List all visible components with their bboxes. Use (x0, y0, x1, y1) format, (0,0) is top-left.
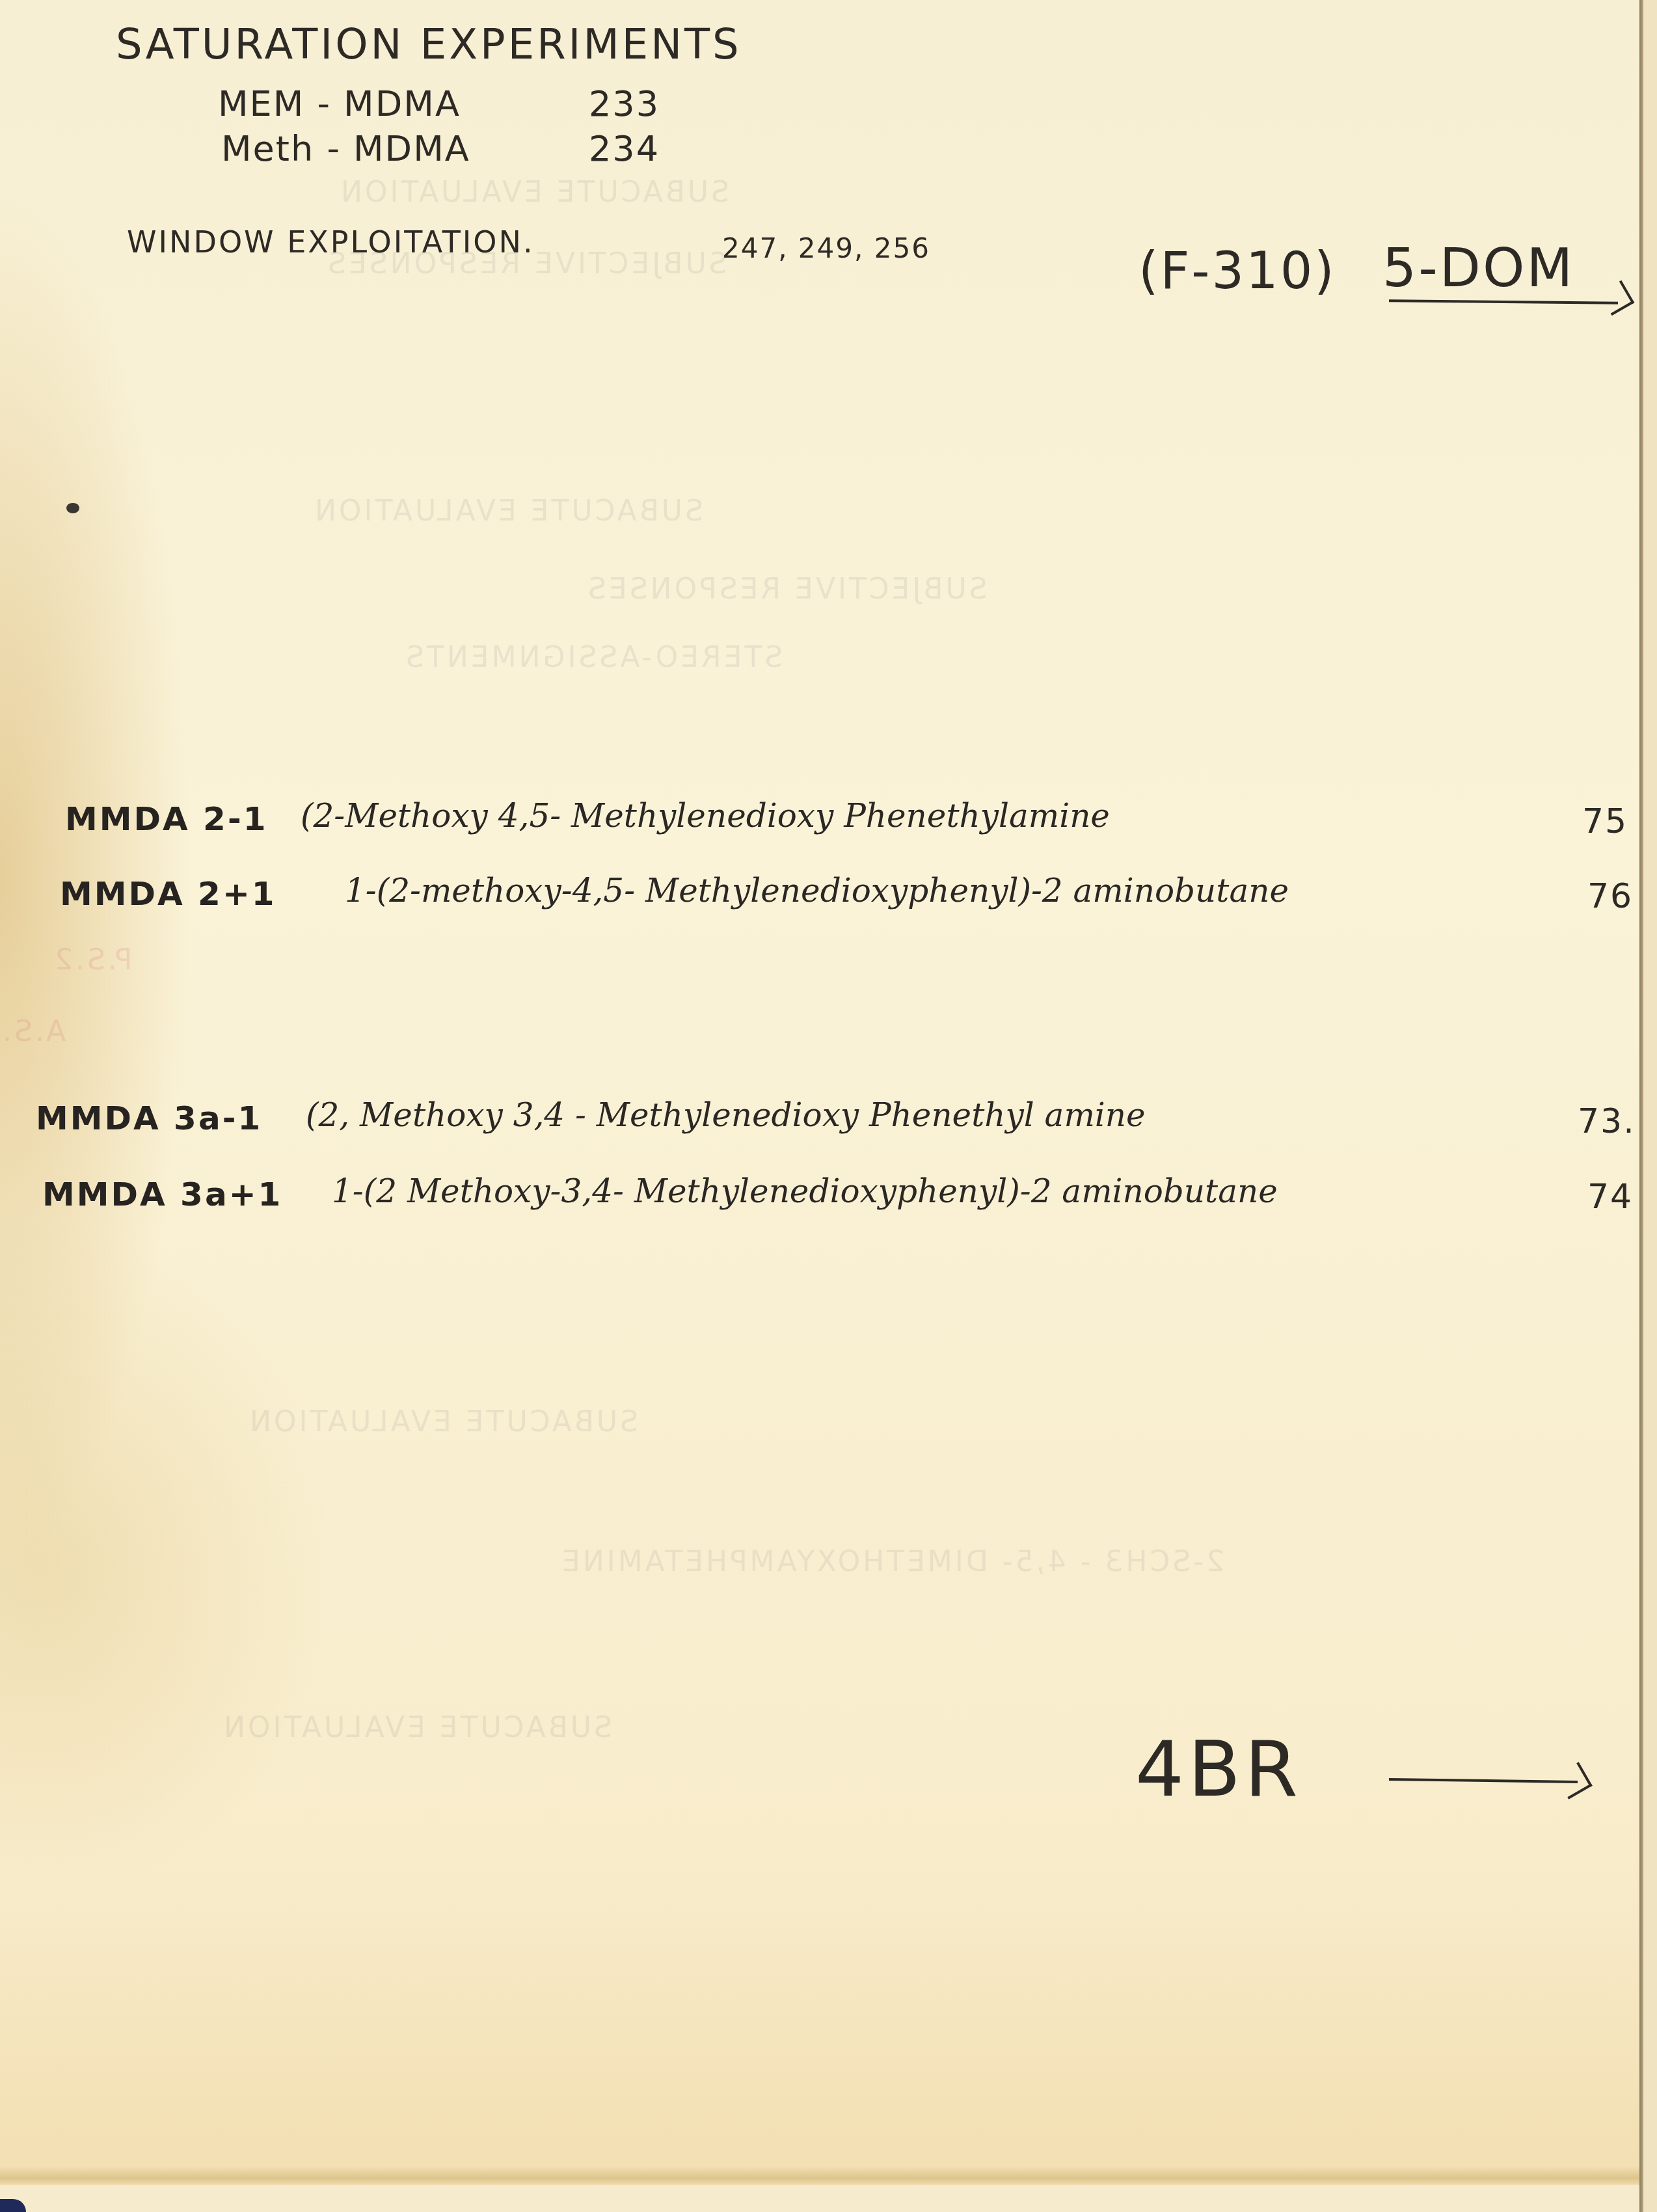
compound-code: MMDA 3a-1 (36, 1099, 262, 1137)
arrow-shaft (1389, 1778, 1578, 1783)
reference-compound: 5-DOM (1382, 237, 1574, 299)
compound-code: MMDA 2-1 (65, 800, 267, 838)
bleed-through-text: SUBJECTIVE RESPONSES (586, 573, 988, 606)
bleed-through-mark: P.S.2 (52, 943, 133, 977)
compound-page-ref: 74 (1587, 1178, 1633, 1217)
next-page-edge (1643, 0, 1657, 2212)
underline-arrow-shaft (1389, 299, 1618, 304)
compound-code: MMDA 3a+1 (42, 1176, 282, 1213)
window-exploitation-pages: 247, 249, 256 (722, 232, 930, 264)
compound-name: 1-(2-methoxy-4,5- Methylenedioxyphenyl)-… (345, 872, 1289, 910)
bleed-through-mark: A.S. (0, 1015, 66, 1048)
arrow-right-icon (1555, 1762, 1592, 1799)
compound-name: (2, Methoxy 3,4 - Methylenedioxy Pheneth… (306, 1096, 1146, 1134)
footer-abbreviation: 4BR (1135, 1724, 1302, 1814)
compound-page-ref: 75 (1582, 802, 1628, 841)
saturation-item-name: Meth - MDMA (221, 128, 470, 169)
compound-code: MMDA 2+1 (60, 875, 276, 913)
reference-code: (F-310) (1138, 242, 1336, 301)
ink-blot (66, 503, 79, 513)
saturation-item-name: MEM - MDMA (218, 83, 461, 124)
water-stain (0, 2166, 1639, 2186)
page-title: SATURATION EXPERIMENTS (116, 21, 742, 69)
bleed-through-text: STEREO-ASSIGNMENTS (403, 641, 783, 674)
arrow-right-icon (1599, 280, 1635, 316)
bleed-through-text: SUBACUTE EVALUATION (221, 1711, 612, 1744)
compound-name: 1-(2 Methoxy-3,4- Methylenedioxyphenyl)-… (332, 1172, 1278, 1210)
bleed-through-text: SUBACUTE EVALUATION (247, 1405, 638, 1438)
saturation-item-page: 234 (589, 128, 660, 169)
compound-page-ref: 73. (1578, 1102, 1636, 1141)
bleed-through-text: SUBACUTE EVALUATION (312, 494, 703, 528)
window-exploitation-label: WINDOW EXPLOITATION. (127, 224, 535, 260)
saturation-item-page: 233 (589, 83, 660, 124)
compound-name: (2-Methoxy 4,5- Methylenedioxy Phenethyl… (301, 797, 1110, 835)
bleed-through-text: 2-SCH3 - 4,5- DIMETHOXYAMPHETAMINE (559, 1545, 1224, 1578)
page-bottom-edge (0, 2185, 1639, 2212)
bleed-through-text: SUBACUTE EVALUATION (338, 176, 729, 209)
notebook-page: SUBACUTE EVALUATION SUBJECTIVE RESPONSES… (0, 0, 1639, 2192)
compound-page-ref: 76 (1587, 877, 1633, 916)
